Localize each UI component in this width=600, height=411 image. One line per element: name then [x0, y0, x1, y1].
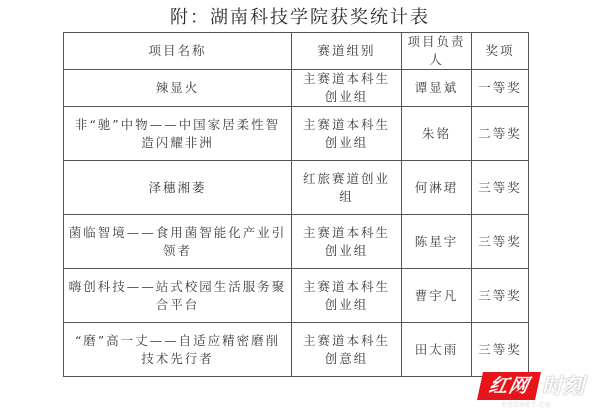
- table-row: 辣显火 主赛道本科生创业组 谭显斌 一等奖: [64, 70, 529, 107]
- watermark-white-text: 时刻: [542, 372, 584, 400]
- cell-project-name: “磨”高一丈——自适应精密磨削技术先行者: [64, 323, 292, 377]
- document-title: 附：湖南科技学院获奖统计表: [0, 3, 600, 29]
- awards-table: 项目名称 赛道组别 项目负责人 奖项 辣显火 主赛道本科生创业组 谭显斌 一等奖…: [63, 32, 529, 377]
- watermark-red-text: 红网: [477, 372, 541, 400]
- cell-award: 三等奖: [472, 215, 529, 269]
- cell-track-group: 主赛道本科生创业组: [292, 215, 402, 269]
- cell-award: 二等奖: [472, 107, 529, 161]
- table-row: 泽穗湘萎 红旅赛道创业组 何淋珺 三等奖: [64, 161, 529, 215]
- header-leader: 项目负责人: [402, 33, 472, 70]
- cell-project-name: 嗨创科技——站式校园生活服务聚合平台: [64, 269, 292, 323]
- cell-track-group: 主赛道本科生创意组: [292, 323, 402, 377]
- table-row: 非“驰”中物——中国家居柔性智造闪耀非洲 主赛道本科生创业组 朱铭 二等奖: [64, 107, 529, 161]
- header-project-name: 项目名称: [64, 33, 292, 70]
- cell-project-name: 辣显火: [64, 70, 292, 107]
- watermark-sub-text: REDNET.CN: [502, 401, 551, 409]
- cell-project-name: 菌临智境——食用菌智能化产业引领者: [64, 215, 292, 269]
- cell-leader: 曹宇凡: [402, 269, 472, 323]
- cell-leader: 朱铭: [402, 107, 472, 161]
- cell-track-group: 主赛道本科生创业组: [292, 107, 402, 161]
- cell-award: 三等奖: [472, 161, 529, 215]
- header-award: 奖项: [472, 33, 529, 70]
- table-row: 嗨创科技——站式校园生活服务聚合平台 主赛道本科生创业组 曹宇凡 三等奖: [64, 269, 529, 323]
- cell-track-group: 主赛道本科生创业组: [292, 70, 402, 107]
- cell-project-name: 非“驰”中物——中国家居柔性智造闪耀非洲: [64, 107, 292, 161]
- table-header-row: 项目名称 赛道组别 项目负责人 奖项: [64, 33, 529, 70]
- cell-leader: 谭显斌: [402, 70, 472, 107]
- rednet-watermark-logo: 红网 时刻 REDNET.CN: [480, 372, 600, 411]
- cell-award: 三等奖: [472, 323, 529, 377]
- cell-track-group: 红旅赛道创业组: [292, 161, 402, 215]
- table-row: 菌临智境——食用菌智能化产业引领者 主赛道本科生创业组 陈星宇 三等奖: [64, 215, 529, 269]
- cell-award: 一等奖: [472, 70, 529, 107]
- cell-project-name: 泽穗湘萎: [64, 161, 292, 215]
- cell-track-group: 主赛道本科生创业组: [292, 269, 402, 323]
- table-row: “磨”高一丈——自适应精密磨削技术先行者 主赛道本科生创意组 田太雨 三等奖: [64, 323, 529, 377]
- header-track-group: 赛道组别: [292, 33, 402, 70]
- cell-award: 三等奖: [472, 269, 529, 323]
- cell-leader: 田太雨: [402, 323, 472, 377]
- cell-leader: 何淋珺: [402, 161, 472, 215]
- cell-leader: 陈星宇: [402, 215, 472, 269]
